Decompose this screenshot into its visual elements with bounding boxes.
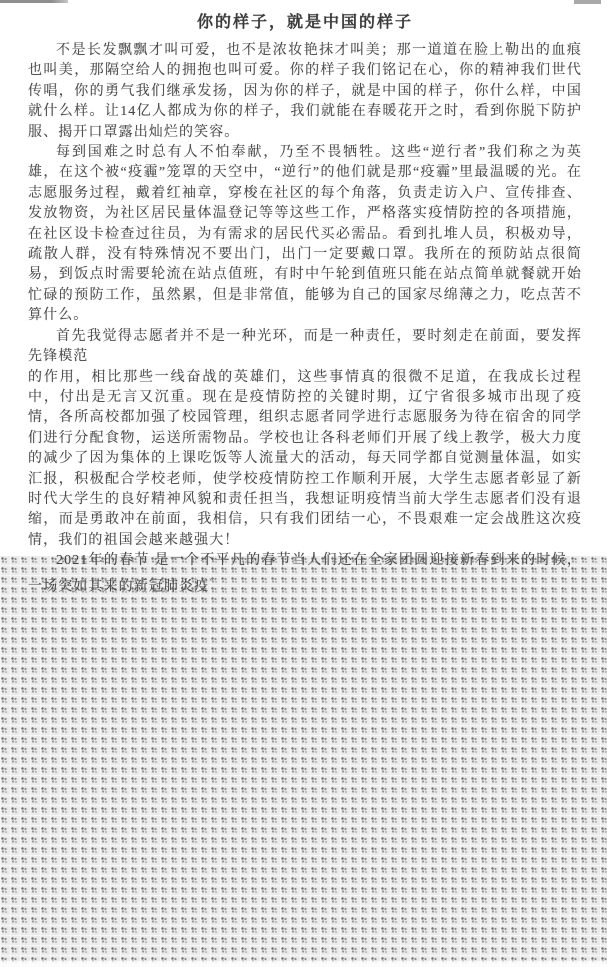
paragraph-5: 2021年的春节 是一个不平凡的春节当人们还在全家团圆迎接新春到来的时候，一场突… xyxy=(28,551,582,597)
paragraph-3: 首先我觉得志愿者并不是一种光环，而是一种责任，要时刻走在前面，要发挥先锋模范 xyxy=(28,327,582,368)
scan-artifact-top-right xyxy=(574,0,601,4)
paragraph-5-text: 2021年的春节 是一个不平凡的春节当人们还在全家团圆迎接新春到来的时候，一场突… xyxy=(28,553,582,594)
paragraph-5-trailing-mark: ” xyxy=(209,577,213,587)
paragraph-4: 的作用，相比那些一线奋战的英雄们，这些事情真的很微不足道，在我成长过程中，付出是… xyxy=(28,368,582,552)
paragraph-2: 每到国难之时总有人不怕奉献，乃至不畏牺牲。这些“逆行者”我们称之为英雄，在这个被… xyxy=(28,143,582,327)
essay-title: 你的样子，就是中国的样子 xyxy=(28,10,582,36)
bottom-white-strip xyxy=(0,961,607,967)
document-page: 你的样子，就是中国的样子 不是长发飘飘才叫可爱，也不是浓妆艳抹才叫美；那一道道在… xyxy=(0,0,607,967)
paragraph-1: 不是长发飘飘才叫可爱，也不是浓妆艳抹才叫美；那一道道在脸上勒出的血痕也叫美，那隔… xyxy=(28,41,582,143)
scan-noise-region xyxy=(0,556,607,967)
essay-content: 你的样子，就是中国的样子 不是长发飘飘才叫可爱，也不是浓妆艳抹才叫美；那一道道在… xyxy=(28,10,582,598)
scan-artifact-top-left xyxy=(0,0,68,3)
